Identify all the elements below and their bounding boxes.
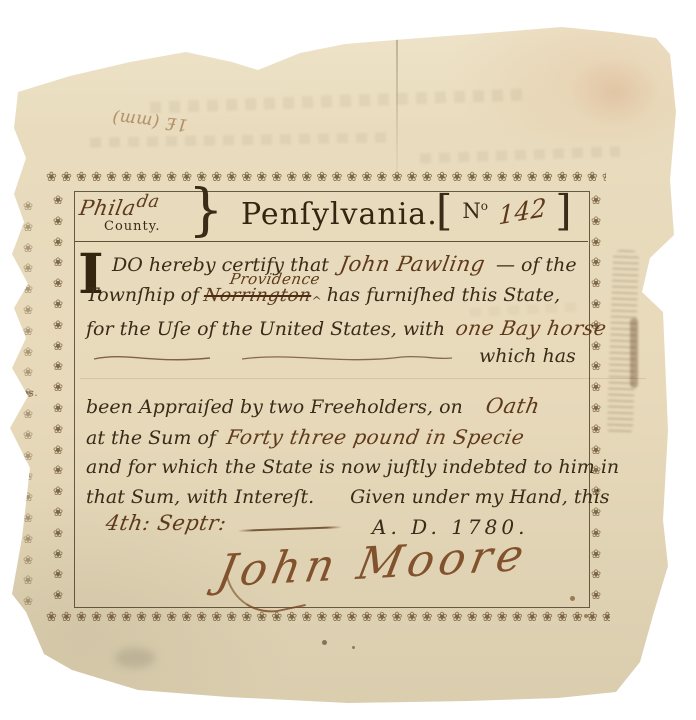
paper-blemish bbox=[115, 648, 155, 668]
body-line-3: for the Uſe of the United States, with o… bbox=[86, 316, 607, 340]
body-line-1: DO hereby certify that John Pawling — of… bbox=[112, 252, 577, 276]
line3-print: for the Uſe of the United States, with bbox=[86, 318, 445, 340]
township-struck-out: Norrington bbox=[202, 285, 313, 306]
certificate-number-value: 142 bbox=[498, 192, 548, 230]
bleed-through-marks bbox=[90, 132, 390, 147]
ink-spot bbox=[322, 640, 327, 645]
line1-print-tail: — of the bbox=[496, 254, 577, 276]
insertion-caret: ^ bbox=[312, 294, 322, 308]
county-printed-label: County. bbox=[104, 219, 161, 234]
ink-streak-stain bbox=[630, 318, 638, 388]
bleed-through-marks bbox=[420, 147, 620, 164]
number-label: No bbox=[462, 199, 488, 223]
ink-spot bbox=[352, 646, 355, 649]
fold-crease bbox=[396, 30, 398, 172]
payee-name-handwritten: John Pawling bbox=[338, 252, 487, 276]
line2-print-tail: has furniſhed this State, bbox=[327, 284, 560, 306]
torn-paper-certificate: ❀ ❀ ❀ ❀ ❀ ❀ ❀ ❀ ❀ ❀ ❀ ❀ ❀ ❀ ❀ ❀ ❀ ❀ ❀ ❀ … bbox=[0, 0, 696, 720]
number-label-n: N bbox=[462, 199, 480, 223]
certificate-number-group: [ No 142 ] bbox=[436, 190, 572, 232]
date-handwritten: 4th: Septr: bbox=[104, 511, 229, 535]
number-label-sup: o bbox=[481, 199, 488, 213]
body-line-8: that Sum, with Intereſt.Given under my H… bbox=[86, 486, 610, 508]
number-open-bracket: [ bbox=[436, 190, 452, 232]
which-has-print: which has bbox=[479, 345, 576, 367]
document-title: Penſylvania. bbox=[241, 197, 438, 232]
ornament-border-top: ❀ ❀ ❀ ❀ ❀ ❀ ❀ ❀ ❀ ❀ ❀ ❀ ❀ ❀ ❀ ❀ ❀ ❀ ❀ ❀ … bbox=[46, 167, 606, 191]
county-script-superscript: da bbox=[135, 192, 161, 212]
county-script-text: Phila bbox=[78, 196, 138, 220]
body-line-6: at the Sum of Forty three pound in Speci… bbox=[86, 425, 524, 449]
line2-print: Townſhip of bbox=[86, 284, 199, 306]
line8-print-tail: Given under my Hand, this bbox=[350, 486, 609, 508]
sum-handwritten: Forty three pound in Specie bbox=[225, 425, 526, 449]
county-brace: } bbox=[188, 183, 224, 239]
body-line-2: Townſhip of Norrington^ Providence has f… bbox=[86, 284, 560, 308]
paper-stain bbox=[570, 58, 660, 128]
township-correction: Norrington^ Providence bbox=[204, 285, 321, 308]
township-inserted: Providence bbox=[229, 270, 322, 288]
paper-blemish bbox=[226, 40, 238, 47]
county-handwritten: Philada bbox=[78, 192, 162, 220]
ornament-border-bottom: ❀ ❀ ❀ ❀ ❀ ❀ ❀ ❀ ❀ ❀ ❀ ❀ ❀ ❀ ❀ ❀ ❀ ❀ ❀ ❀ … bbox=[46, 607, 610, 631]
bleed-through-marks bbox=[150, 88, 530, 113]
handwritten-fill-flourish bbox=[92, 350, 472, 366]
oath-handwritten: Oath bbox=[484, 394, 542, 418]
item-furnished-handwritten: one Bay horse bbox=[454, 316, 609, 340]
header-separator-rule bbox=[75, 241, 588, 242]
body-line-5: been Appraiſed by two Freeholders, on Oa… bbox=[86, 394, 540, 418]
torn-border-remnant-ornament: ❀ ❀ ❀ ❀ ❀ ❀ ❀ ❀ ❀ ❀ ❀ ❀ ❀ ❀ ❀ ❀ ❀ ❀ ❀ ❀ bbox=[16, 196, 40, 646]
ornament-border-left: ❀ ❀ ❀ ❀ ❀ ❀ ❀ ❀ ❀ ❀ ❀ ❀ ❀ ❀ ❀ ❀ ❀ ❀ ❀ ❀ bbox=[46, 190, 70, 608]
number-close-bracket: ] bbox=[555, 190, 571, 232]
line8-print: that Sum, with Intereſt. bbox=[86, 486, 314, 508]
body-line-7: and for which the State is now juſtly in… bbox=[86, 456, 619, 478]
photo-background: { "document": { "county_script_main": "P… bbox=[0, 0, 696, 720]
line6-print: at the Sum of bbox=[86, 427, 216, 449]
line5-print: been Appraiſed by two Freeholders, on bbox=[86, 396, 463, 418]
